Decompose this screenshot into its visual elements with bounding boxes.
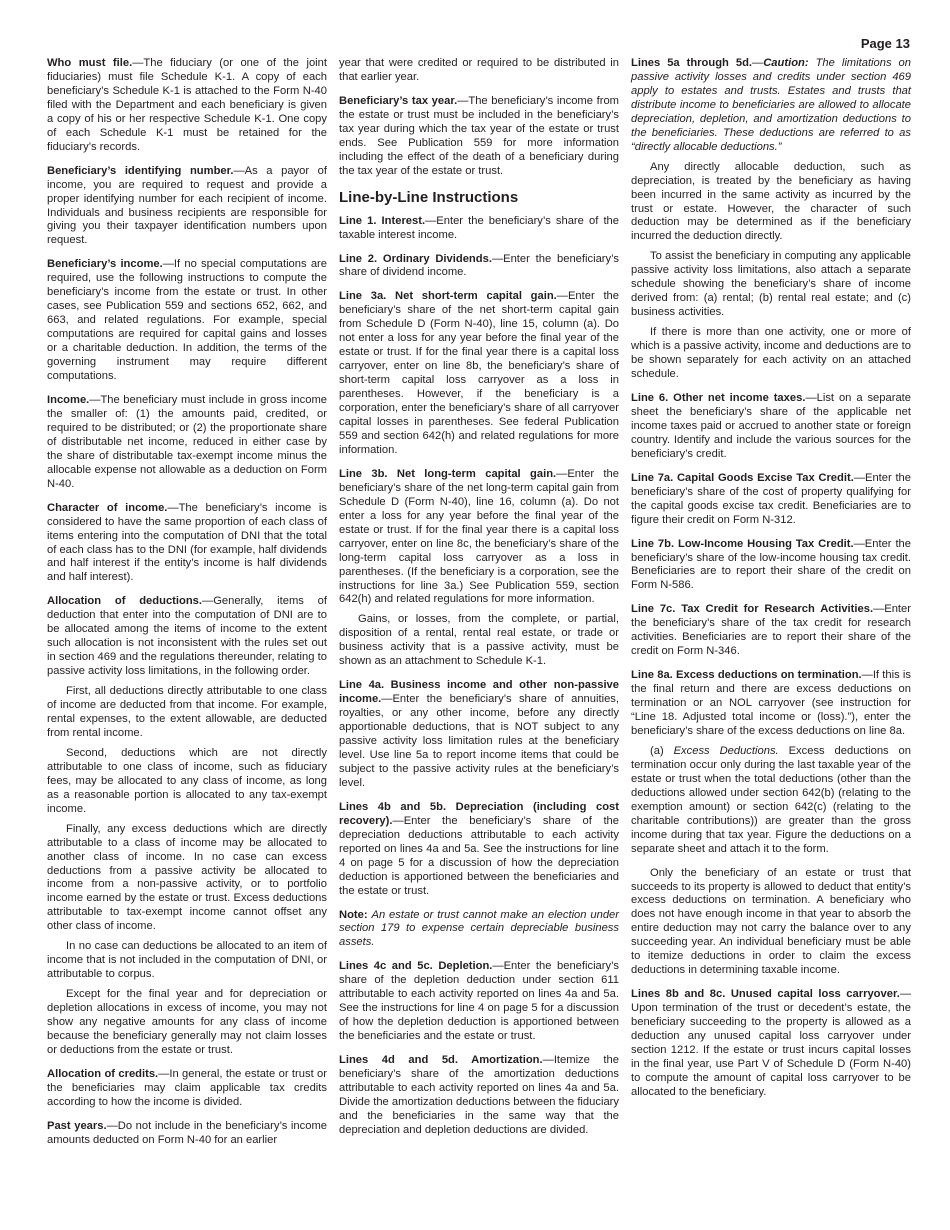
- section-heading: Line 3b. Net long-term capital gain.: [339, 468, 556, 480]
- paragraph: year that were credited or required to b…: [339, 57, 619, 85]
- page-number: Page 13: [861, 36, 910, 51]
- section-lines-4d-5d: Lines 4d and 5d. Amortization.—Itemize t…: [339, 1054, 619, 1138]
- paragraph: To assist the beneficiary in computing a…: [631, 250, 911, 320]
- section-lines-4b-5b: Lines 4b and 5b. Depreciation (including…: [339, 801, 619, 899]
- section-beneficiary-income: Beneficiary’s income.—If no special comp…: [47, 258, 327, 384]
- section-heading: Lines 4c and 5c. Depletion.: [339, 960, 492, 972]
- note-label: Note:: [339, 909, 368, 921]
- section-heading: Line 7a. Capital Goods Excise Tax Credit…: [631, 472, 854, 484]
- section-heading: Line 1. Interest.: [339, 215, 425, 227]
- section-heading: Allocation of credits.: [47, 1068, 158, 1080]
- section-heading: Line 3a. Net short-term capital gain.: [339, 290, 557, 302]
- column-1: Who must file.—The fiduciary (or one of …: [47, 57, 327, 1158]
- paragraph: Second, deductions which are not directl…: [47, 747, 327, 817]
- section-heading: Line 7b. Low-Income Housing Tax Credit.: [631, 538, 854, 550]
- section-heading: Past years.: [47, 1120, 107, 1132]
- section-heading: Who must file.: [47, 57, 132, 69]
- paragraph-excess-deductions: (a) Excess Deductions. Excess deductions…: [631, 745, 911, 857]
- section-heading: Beneficiary’s identifying number.: [47, 165, 233, 177]
- line-by-line-heading: Line-by-Line Instructions: [339, 189, 619, 207]
- section-character-of-income: Character of income.—The beneficiary’s i…: [47, 502, 327, 586]
- section-line-7a: Line 7a. Capital Goods Excise Tax Credit…: [631, 472, 911, 528]
- section-past-years: Past years.—Do not include in the benefi…: [47, 1120, 327, 1148]
- section-income: Income.—The beneficiary must include in …: [47, 394, 327, 492]
- column-3: Lines 5a through 5d.—Caution: The limita…: [631, 57, 911, 1110]
- paragraph: In no case can deductions be allocated t…: [47, 940, 327, 982]
- section-heading: Income.: [47, 394, 89, 406]
- section-line-3b: Line 3b. Net long-term capital gain.—Ent…: [339, 468, 619, 608]
- section-heading: Character of income.: [47, 502, 167, 514]
- section-heading: Lines 8b and 8c. Unused capital loss car…: [631, 988, 900, 1000]
- paragraph: Any directly allocable deduction, such a…: [631, 161, 911, 245]
- section-heading: Lines 5a through 5d.: [631, 57, 752, 69]
- section-allocation-of-credits: Allocation of credits.—In general, the e…: [47, 1068, 327, 1110]
- column-2: year that were credited or required to b…: [339, 57, 619, 1148]
- section-heading: Line 7c. Tax Credit for Research Activit…: [631, 603, 873, 615]
- paragraph: First, all deductions directly attributa…: [47, 685, 327, 741]
- section-heading: Allocation of deductions.: [47, 595, 202, 607]
- section-heading: Line 2. Ordinary Dividends.: [339, 253, 492, 265]
- section-who-must-file: Who must file.—The fiduciary (or one of …: [47, 57, 327, 155]
- note: Note: An estate or trust cannot make an …: [339, 909, 619, 951]
- paragraph: If there is more than one activity, one …: [631, 326, 911, 382]
- section-line-4a: Line 4a. Business income and other non-p…: [339, 679, 619, 791]
- section-lines-8b-8c: Lines 8b and 8c. Unused capital loss car…: [631, 988, 911, 1100]
- section-heading: Beneficiary’s tax year.: [339, 95, 457, 107]
- section-beneficiary-tax-year: Beneficiary’s tax year.—The beneficiary’…: [339, 95, 619, 179]
- section-line-7b: Line 7b. Low-Income Housing Tax Credit.—…: [631, 538, 911, 594]
- section-lines-5a-5d: Lines 5a through 5d.—Caution: The limita…: [631, 57, 911, 155]
- section-line-1: Line 1. Interest.—Enter the beneficiary’…: [339, 215, 619, 243]
- paragraph: Finally, any excess deductions which are…: [47, 823, 327, 935]
- section-heading: Line 8a. Excess deductions on terminatio…: [631, 669, 862, 681]
- section-line-3a: Line 3a. Net short-term capital gain.—En…: [339, 290, 619, 457]
- section-line-8a: Line 8a. Excess deductions on terminatio…: [631, 669, 911, 739]
- paragraph: Except for the final year and for deprec…: [47, 988, 327, 1058]
- section-heading: Line 6. Other net income taxes.: [631, 392, 805, 404]
- paragraph: Gains, or losses, from the complete, or …: [339, 613, 619, 669]
- section-identifying-number: Beneficiary’s identifying number.—As a p…: [47, 165, 327, 249]
- section-heading: Lines 4d and 5d. Amortization.: [339, 1054, 543, 1066]
- section-line-6: Line 6. Other net income taxes.—List on …: [631, 392, 911, 462]
- section-line-2: Line 2. Ordinary Dividends.—Enter the be…: [339, 253, 619, 281]
- section-heading: Beneficiary’s income.: [47, 258, 163, 270]
- section-line-7c: Line 7c. Tax Credit for Research Activit…: [631, 603, 911, 659]
- section-lines-4c-5c: Lines 4c and 5c. Depletion.—Enter the be…: [339, 960, 619, 1044]
- paragraph: Only the beneficiary of an estate or tru…: [631, 867, 911, 979]
- caution-label: Caution:: [763, 57, 808, 69]
- section-allocation-of-deductions: Allocation of deductions.—Generally, ite…: [47, 595, 327, 679]
